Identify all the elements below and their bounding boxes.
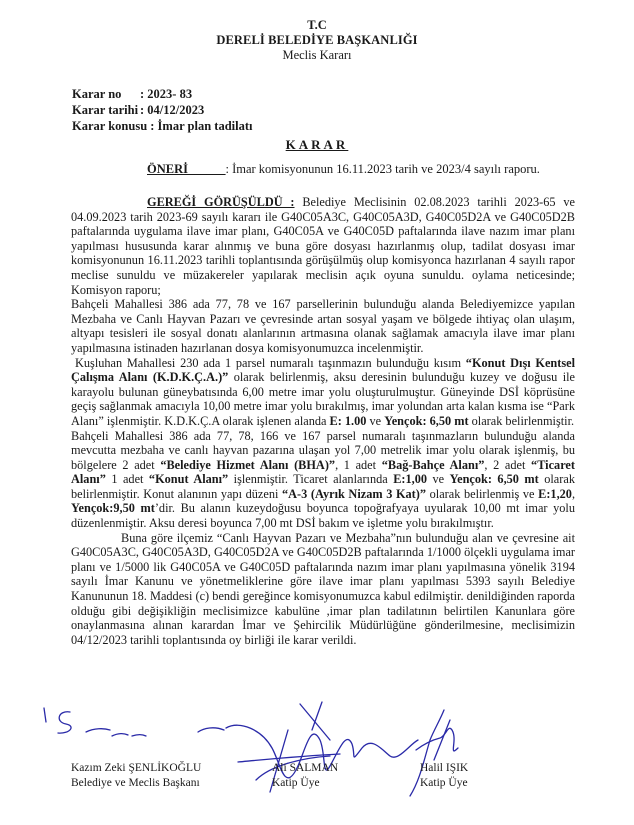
yencok-value: Yençok: 6,50 mt xyxy=(450,472,539,486)
signer-name: Ali SALMAN xyxy=(272,761,338,776)
emsal-value: E:1,20 xyxy=(538,487,572,501)
signer-role: Belediye ve Meclis Başkanı xyxy=(71,776,201,791)
signature-block-clerk-1: Ali SALMAN Katip Üye xyxy=(272,761,338,791)
karar-konusu-label: Karar konusu xyxy=(72,118,147,134)
oneri-text: : İmar komisyonunun 16.11.2023 tarih ve … xyxy=(225,162,539,176)
text: ve xyxy=(366,414,384,428)
karar-tarihi-value: : 04/12/2023 xyxy=(140,102,204,118)
text: , xyxy=(572,487,575,501)
yencok-value: Yençok:9,50 mt xyxy=(71,501,155,515)
karar-tarihi-row: Karar tarihi : 04/12/2023 xyxy=(72,102,252,118)
text: ve xyxy=(427,472,450,486)
gorusuldu-text: Belediye Meclisinin 02.08.2023 tarihli 2… xyxy=(71,195,575,297)
signer-name: Kazım Zeki ŞENLİKOĞLU xyxy=(71,761,201,776)
header-tc: T.C xyxy=(0,18,634,33)
yencok-value: Yençok: 6,50 mt xyxy=(384,414,468,428)
signer-role: Katip Üye xyxy=(272,776,338,791)
decision-body: GEREĞİ GÖRÜŞÜLDÜ : Belediye Meclisinin 0… xyxy=(71,195,575,647)
text: olarak belirlenmiştir. xyxy=(469,414,575,428)
karar-no-label: Karar no xyxy=(72,86,140,102)
text: , 2 adet xyxy=(484,458,531,472)
oneri-label: ÖNERİ______ xyxy=(147,162,225,176)
text: olarak belirlenmiş ve xyxy=(426,487,538,501)
oneri-line: ÖNERİ______: İmar komisyonunun 16.11.202… xyxy=(147,162,540,177)
paragraph-bahceli-2: Bahçeli Mahallesi 386 ada 77, 78, 166 ve… xyxy=(71,429,575,531)
a3-term: “A-3 (Ayrık Nizam 3 Kat)” xyxy=(282,487,426,501)
emsal-value: E: 1.00 xyxy=(330,414,367,428)
text: işlenmiştir. Ticaret alanlarında xyxy=(228,472,393,486)
document-title: KARAR xyxy=(0,137,634,153)
signer-role: Katip Üye xyxy=(420,776,468,791)
signer-name: Halil IŞIK xyxy=(420,761,468,776)
konut-term: “Konut Alanı” xyxy=(149,472,228,486)
header-document-type: Meclis Kararı xyxy=(0,48,634,63)
paragraph-gorusuldu: GEREĞİ GÖRÜŞÜLDÜ : Belediye Meclisinin 0… xyxy=(71,195,575,297)
karar-no-value: : 2023- 83 xyxy=(140,86,192,102)
paragraph-bahceli-1: Bahçeli Mahallesi 386 ada 77, 78 ve 167 … xyxy=(71,297,575,355)
karar-konusu-row: Karar konusu : İmar plan tadilatı xyxy=(72,118,252,134)
text: , 1 adet xyxy=(335,458,382,472)
paragraph-conclusion: Buna göre ilçemiz “Canlı Hayvan Pazarı v… xyxy=(71,531,575,648)
bha-term: “Belediye Hizmet Alanı (BHA)” xyxy=(160,458,335,472)
text: 1 adet xyxy=(106,472,149,486)
text: Kuşluhan Mahallesi 230 ada 1 parsel numa… xyxy=(75,356,466,370)
karar-no-row: Karar no : 2023- 83 xyxy=(72,86,252,102)
decision-metadata: Karar no : 2023- 83 Karar tarihi : 04/12… xyxy=(72,86,252,134)
emsal-value: E:1,00 xyxy=(393,472,427,486)
paragraph-kusluhan: Kuşluhan Mahallesi 230 ada 1 parsel numa… xyxy=(71,356,575,429)
signature-block-clerk-2: Halil IŞIK Katip Üye xyxy=(420,761,468,791)
signature-block-mayor: Kazım Zeki ŞENLİKOĞLU Belediye ve Meclis… xyxy=(71,761,201,791)
header-municipality: DERELİ BELEDİYE BAŞKANLIĞI xyxy=(0,33,634,48)
gorusuldu-heading: GEREĞİ GÖRÜŞÜLDÜ : xyxy=(147,195,295,209)
karar-tarihi-label: Karar tarihi xyxy=(72,102,140,118)
bag-bahce-term: “Bağ-Bahçe Alanı” xyxy=(382,458,485,472)
karar-konusu-value: : İmar plan tadilatı xyxy=(150,118,252,134)
